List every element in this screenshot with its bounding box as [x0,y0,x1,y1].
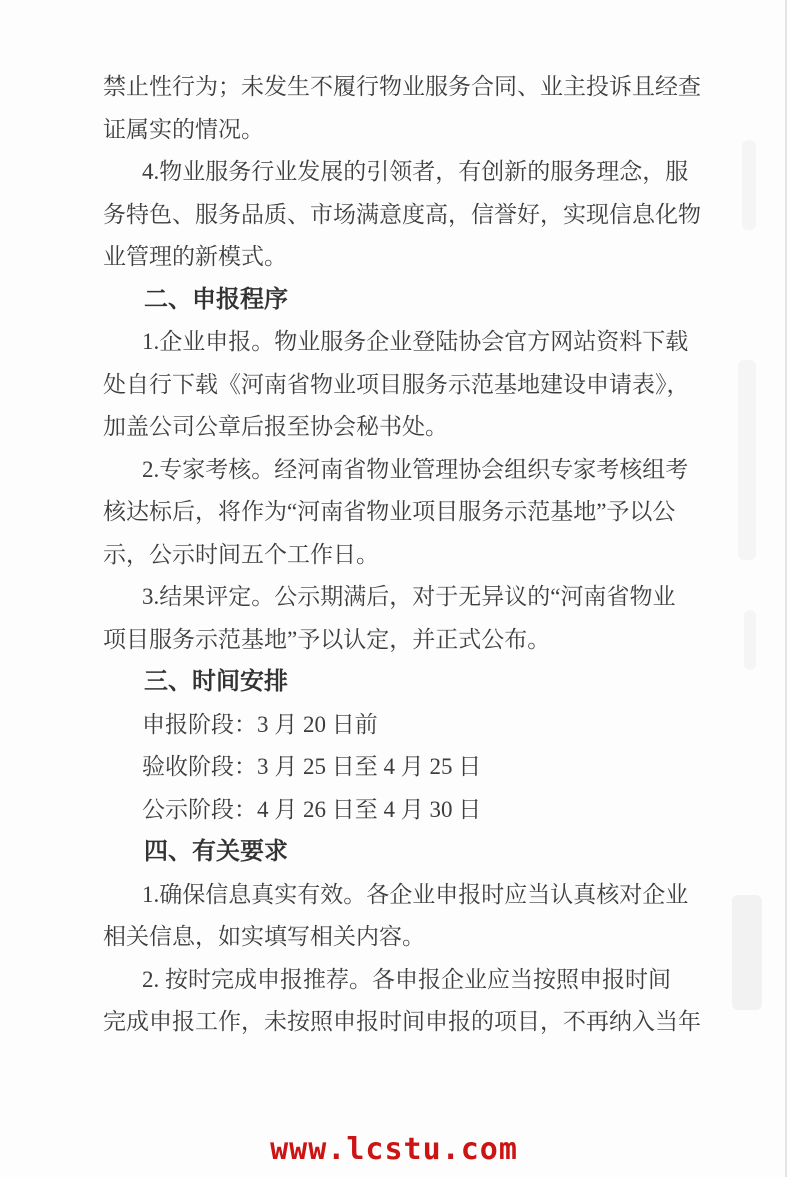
document-line: 1.确保信息真实有效。各企业申报时应当认真核对企业 [103,874,700,917]
scan-artifact [732,895,762,1010]
document-line: 加盖公司公章后报至协会秘书处。 [103,406,700,449]
section-heading: 三、时间安排 [103,661,700,704]
scan-artifact [744,610,756,670]
document-body: 禁止性行为；未发生不履行物业服务合同、业主投诉且经查证属实的情况。4.物业服务行… [0,0,788,1044]
document-line: 2. 按时完成申报推荐。各申报企业应当按照申报时间 [103,959,700,1002]
document-line: 示，公示时间五个工作日。 [103,534,700,577]
document-line: 申报阶段：3 月 20 日前 [103,704,700,747]
document-line: 务特色、服务品质、市场满意度高，信誉好，实现信息化物 [103,194,700,237]
scan-artifact [742,140,756,230]
scanned-document-page: 禁止性行为；未发生不履行物业服务合同、业主投诉且经查证属实的情况。4.物业服务行… [0,0,788,1177]
document-line: 1.企业申报。物业服务企业登陆协会官方网站资料下载 [103,321,700,364]
section-heading: 二、申报程序 [103,279,700,322]
scan-artifact [738,360,756,560]
document-line: 禁止性行为；未发生不履行物业服务合同、业主投诉且经查 [103,66,700,109]
document-line: 2.专家考核。经河南省物业管理协会组织专家考核组考 [103,449,700,492]
scan-edge-line [785,0,787,1177]
document-line: 完成申报工作，未按照申报时间申报的项目，不再纳入当年 [103,1001,700,1044]
section-heading: 四、有关要求 [103,831,700,874]
document-line: 相关信息，如实填写相关内容。 [103,916,700,959]
document-line: 4.物业服务行业发展的引领者，有创新的服务理念，服 [103,151,700,194]
document-line: 核达标后，将作为“河南省物业项目服务示范基地”予以公 [103,491,700,534]
document-line: 项目服务示范基地”予以认定，并正式公布。 [103,619,700,662]
document-line: 处自行下载《河南省物业项目服务示范基地建设申请表》， [103,364,700,407]
document-line: 3.结果评定。公示期满后，对于无异议的“河南省物业 [103,576,700,619]
document-line: 公示阶段：4 月 26 日至 4 月 30 日 [103,789,700,832]
watermark-url-text: www.lcstu.com [0,1133,788,1167]
document-line: 证属实的情况。 [103,109,700,152]
document-line: 验收阶段：3 月 25 日至 4 月 25 日 [103,746,700,789]
document-line: 业管理的新模式。 [103,236,700,279]
